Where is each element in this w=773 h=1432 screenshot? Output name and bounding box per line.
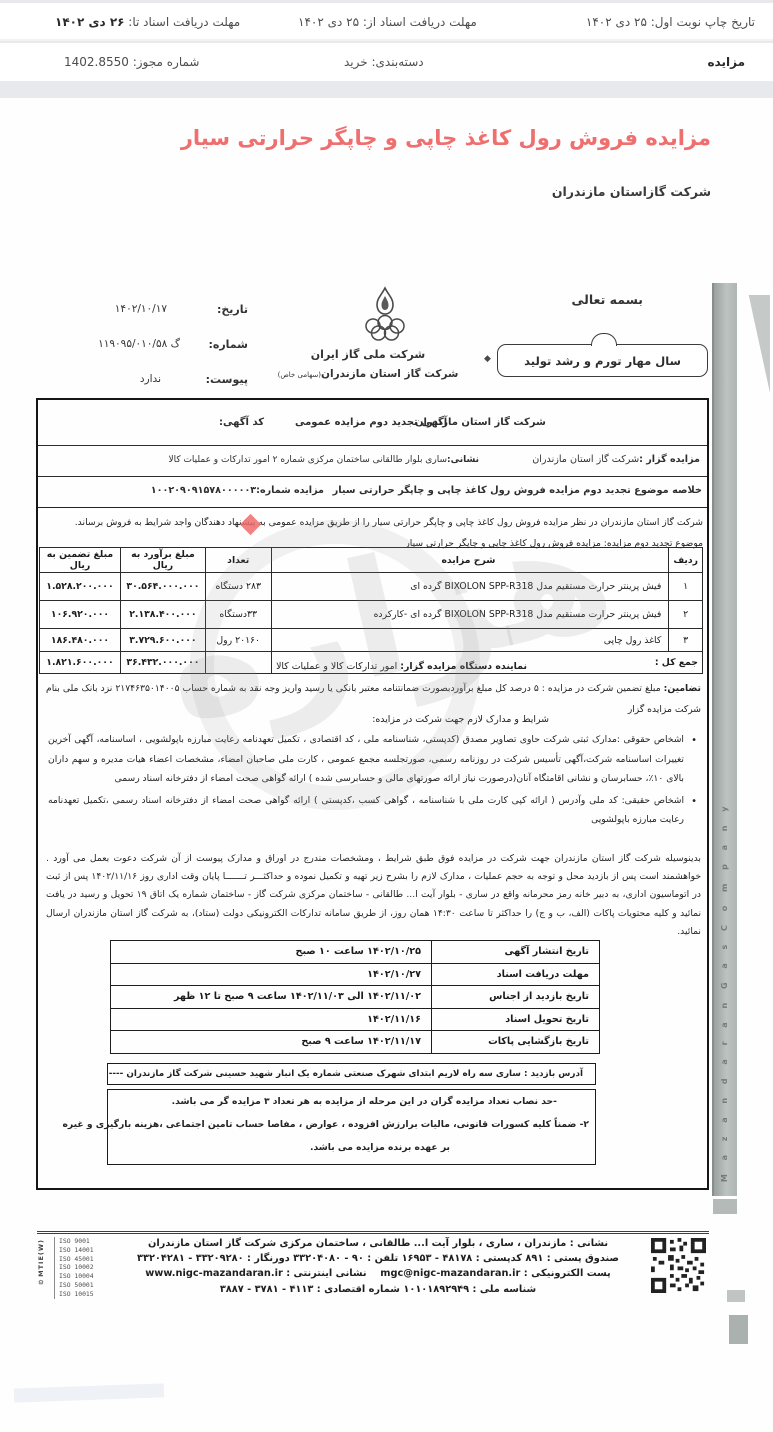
list-item: اشخاص حقیقی: کد ملی وآدرس ( ارائه کپی کا… xyxy=(48,791,699,830)
visit-address-row: آدرس بازدید : ساری سه راه لاریم ابتدای ش… xyxy=(107,1063,596,1085)
provincial-company-name: شرکت گاز استان مازندران(سهامی خاص) xyxy=(248,368,488,380)
email-text: mgc@nigc-mazandaran.ir xyxy=(380,1268,520,1279)
table-row: تاریخ تحویل اسناد۱۴۰۲/۱۱/۱۶ xyxy=(111,1008,600,1031)
notice-ad-code-label: کد آگهی: xyxy=(219,417,264,428)
docs-to: مهلت دریافت اسناد تا: ۲۶ دی ۱۴۰۲ xyxy=(55,15,240,29)
number-label: شماره: xyxy=(208,338,248,351)
list-item: ISO 14001 xyxy=(59,1246,94,1255)
table-row: ۳ کاغذ رول چاپی ۲۰۱۶۰ رول ۳.۷۲۹.۶۰۰.۰۰۰ … xyxy=(40,629,703,652)
qr-code xyxy=(651,1238,706,1293)
invitation-paragraph: بدینوسیله شرکت گاز استان مازندران جهت شر… xyxy=(46,850,701,938)
total-estimate: ۳۶.۴۳۲.۰۰۰.۰۰۰ xyxy=(120,652,205,674)
website-text: www.nigc-mazandaran.ir xyxy=(145,1268,283,1279)
attachment-label: پیوست: xyxy=(206,373,248,386)
table-row: تاریخ بازدید از اجناس۱۴۰۲/۱۱/۰۲ الی ۱۴۰۲… xyxy=(111,986,600,1009)
notice-summary: خلاصه موضوع تجدید دوم مزایده فروش رول کا… xyxy=(333,485,702,496)
list-item: ISO 9001 xyxy=(59,1237,94,1246)
note-deductions-1: ۲- ضمناً کلیه کسورات قانونی، مالیات برار… xyxy=(63,1119,590,1130)
tender-listing-page: تاریخ چاپ نوبت اول: ۲۵ دی ۱۴۰۲ مهلت دریا… xyxy=(0,0,773,1432)
intro-line-1: شرکت گاز استان مازندران در نظر مزایده فر… xyxy=(44,512,703,533)
notice-box: شرکت گاز استان مازندران آگهی تجدید دوم م… xyxy=(36,398,709,1190)
table-row: ۱ فیش پرینتر حرارت مستقیم مدل BIXOLON SP… xyxy=(40,573,703,601)
date-value: ۱۴۰۲/۱۰/۱۷ xyxy=(115,303,167,315)
table-row: تاریخ بازگشایی پاکات۱۴۰۲/۱۱/۱۷ ساعت ۹ صب… xyxy=(111,1031,600,1054)
permit-number: شماره مجوز: 1402.8550 xyxy=(64,55,199,69)
footer-phones: صندوق پستی : ۸۹۱ کدپستی : ۴۸۱۷۸ - ۱۶۹۵۳ … xyxy=(108,1251,648,1266)
items-table: ردیف شرح مزایده تعداد مبلغ برآورد به ریا… xyxy=(39,547,703,674)
notes-box: -حد نصاب تعداد مزایده گران در این مرحله … xyxy=(107,1089,596,1165)
scan-artifact xyxy=(713,1199,737,1214)
bidder-line: مزایده گزار : شرکت گاز استان مازندران xyxy=(639,454,700,465)
date-label: تاریخ: xyxy=(217,303,248,316)
attachment-value: ندارد xyxy=(140,373,161,385)
bismillah-text: بسمه تعالی xyxy=(571,292,643,307)
flame-rings-icon xyxy=(353,286,417,344)
notice-ad-title: آگهی تجدید دوم مزایده عمومی xyxy=(295,417,447,428)
list-item: ISO 10015 xyxy=(59,1290,94,1299)
print-date: تاریخ چاپ نوبت اول: ۲۵ دی ۱۴۰۲ xyxy=(586,15,755,29)
docs-from: مهلت دریافت اسناد از: ۲۵ دی ۱۴۰۲ xyxy=(298,15,477,29)
table-row: مهلت دریافت اسناد۱۴۰۲/۱۰/۲۷ xyxy=(111,963,600,986)
conditions-list: اشخاص حقوقی :مدارک ثبتی شرکت حاوی تصاویر… xyxy=(48,730,699,850)
bidder-address: نشانی: ساری بلوار طالقانی ساختمان مرکزی … xyxy=(447,455,479,465)
footer-links: پست الکترونیکی : mgc@nigc-mazandaran.ir … xyxy=(108,1266,648,1281)
notice-header-row-3: خلاصه موضوع تجدید دوم مزایده فروش رول کا… xyxy=(38,477,707,508)
conditions-heading: شرایط و مدارک لازم جهت شرکت در مزایده: xyxy=(372,714,549,725)
iso-list: ISO 9001 ISO 14001 ISO 45001 ISO 10002 I… xyxy=(54,1237,94,1299)
list-item: ISO 45001 xyxy=(59,1255,94,1264)
schedule-table: تاریخ انتشار آگهی۱۴۰۲/۱۰/۲۵ ساعت ۱۰ صبح … xyxy=(110,940,600,1054)
listing-company: شرکت گازاستان مازندران xyxy=(552,184,711,199)
iso-certifications: ⚙MTIE(W) ISO 9001 ISO 14001 ISO 45001 IS… xyxy=(37,1237,94,1299)
notice-header-row-1: شرکت گاز استان مازندران آگهی تجدید دوم م… xyxy=(38,400,707,446)
footer-divider xyxy=(37,1231,709,1234)
note-deductions-2: بر عهده برنده مزایده می باشد. xyxy=(310,1142,450,1153)
note-quorum: -حد نصاب تعداد مزایده گران در این مرحله … xyxy=(172,1096,557,1107)
items-header-row: ردیف شرح مزایده تعداد مبلغ برآورد به ریا… xyxy=(40,548,703,573)
edge-company-text: M a z a n d a r a n G a s C o m p a n y xyxy=(720,801,729,1182)
listing-meta-bar-1: تاریخ چاپ نوبت اول: ۲۵ دی ۱۴۰۲ مهلت دریا… xyxy=(0,3,773,41)
footer-ids: شناسه ملی : ۱۰۱۰۱۸۹۲۹۴۹ شماره اقتصادی : … xyxy=(108,1282,648,1297)
scan-edge-strip: M a z a n d a r a n G a s C o m p a n y xyxy=(712,283,737,1196)
notice-bid-number: مزایده شماره:۱۰۰۲۰۹۰۹۱۵۷۸۰۰۰۰۰۳ xyxy=(151,485,324,496)
total-guarantee: ۱.۸۲۱.۶۰۰.۰۰۰ xyxy=(40,652,121,674)
table-row: تاریخ انتشار آگهی۱۴۰۲/۱۰/۲۵ ساعت ۱۰ صبح xyxy=(111,941,600,964)
number-value: گ ۱۱۹۰۹۵/۰۱۰/۵۸ xyxy=(98,338,180,350)
agent-line: نماینده دستگاه مزایده گزار: امور تدارکات… xyxy=(276,661,527,672)
scan-artifact xyxy=(729,1315,748,1344)
notice-header-row-2: مزایده گزار : شرکت گاز استان مازندران نش… xyxy=(38,446,707,477)
slogan-banner: ◆ سال مهار تورم و رشد تولید ◆ xyxy=(497,344,708,377)
list-item: ISO 50001 xyxy=(59,1281,94,1290)
document-card: مزایده فروش رول کاغذ چاپی و چاپگر حرارتی… xyxy=(0,98,773,1432)
footer-address: نشانی : مازندران ، ساری ، بلوار آیت ا...… xyxy=(108,1236,648,1251)
list-item: ISO 10004 xyxy=(59,1272,94,1281)
table-row: ۲ فیش پرینتر حرارت مستقیم مدل BIXOLON SP… xyxy=(40,601,703,629)
list-item: اشخاص حقوقی :مدارک ثبتی شرکت حاوی تصاویر… xyxy=(48,730,699,789)
footer-contact-block: نشانی : مازندران ، ساری ، بلوار آیت ا...… xyxy=(108,1236,648,1297)
listing-category: دسته‌بندی: خرید xyxy=(344,55,424,69)
scan-artifact xyxy=(727,1290,745,1302)
certification-logo: ⚙MTIE(W) xyxy=(37,1237,52,1299)
page-title: مزایده فروش رول کاغذ چاپی و چاپگر حرارتی… xyxy=(181,126,711,150)
ornament-icon: ◆ xyxy=(484,354,491,364)
listing-meta-bar-2: مزایده دسته‌بندی: خرید شماره مجوز: 1402.… xyxy=(0,43,773,81)
slogan-text: سال مهار تورم و رشد تولید xyxy=(524,354,681,368)
list-item: ISO 10002 xyxy=(59,1263,94,1272)
nigc-logo xyxy=(340,286,430,348)
listing-type: مزایده xyxy=(707,55,745,69)
national-company-name: شرکت ملی گاز ایران xyxy=(268,348,468,361)
